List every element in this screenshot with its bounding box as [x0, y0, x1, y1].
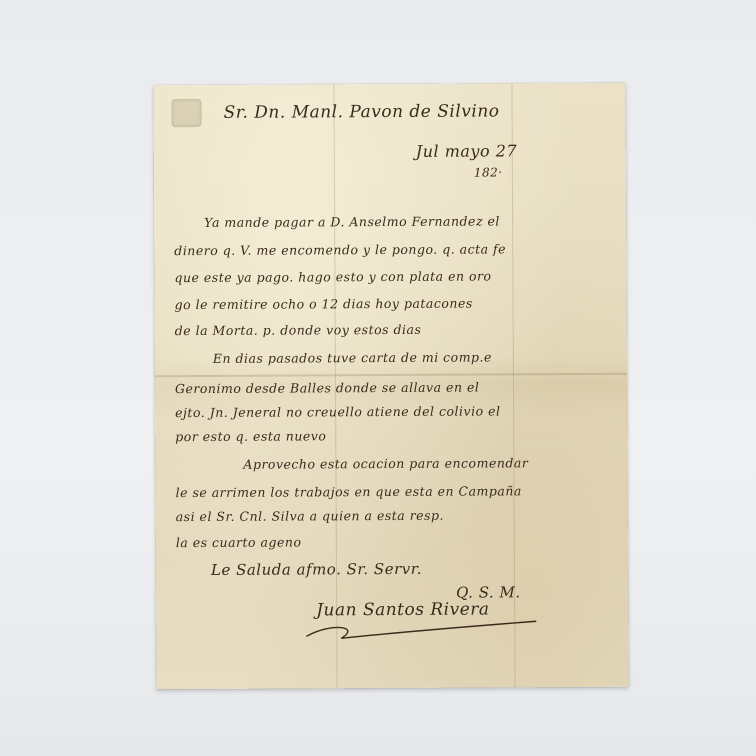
- closing-salutation: Le Saluda afmo. Sr. Servr.: [211, 560, 422, 579]
- letter-line: dinero q. V. me encomendo y le pongo. q.…: [174, 241, 506, 258]
- letter-line: Aprovecho esta ocacion para encomendar: [243, 455, 528, 471]
- letter-line: Ya mande pagar a D. Anselmo Fernandez el: [204, 213, 500, 230]
- letter-line: En dias pasados tuve carta de mi comp.e: [213, 349, 492, 365]
- letter-line: por esto q. esta nuevo: [175, 428, 326, 444]
- date-line: Jul mayo 27: [416, 141, 517, 161]
- letter-line: ejto. Jn. Jeneral no creuello atiene del…: [175, 403, 500, 420]
- letter-line: la es cuarto ageno: [176, 534, 302, 550]
- signature-flourish: [301, 611, 541, 642]
- letter-line: go le remitire ocho o 12 dias hoy pataco…: [175, 296, 473, 313]
- salutation: Sr. Dn. Manl. Pavon de Silvino: [224, 101, 500, 122]
- letter-line: asi el Sr. Cnl. Silva a quien a esta res…: [176, 508, 444, 524]
- letter-paper: Sr. Dn. Manl. Pavon de Silvino Jul mayo …: [153, 83, 628, 689]
- letter-line: le se arrimen los trabajos en que esta e…: [176, 483, 522, 500]
- letter-line: de la Morta. p. donde voy estos dias: [175, 322, 422, 338]
- letter-line: que este ya pago. hago esto y con plata …: [174, 268, 491, 285]
- date-year: 182·: [474, 165, 503, 179]
- embossed-stamp: [171, 99, 201, 127]
- letter-line: Geronimo desde Balles donde se allava en…: [175, 380, 479, 397]
- fold-crease-horizontal: [155, 373, 627, 377]
